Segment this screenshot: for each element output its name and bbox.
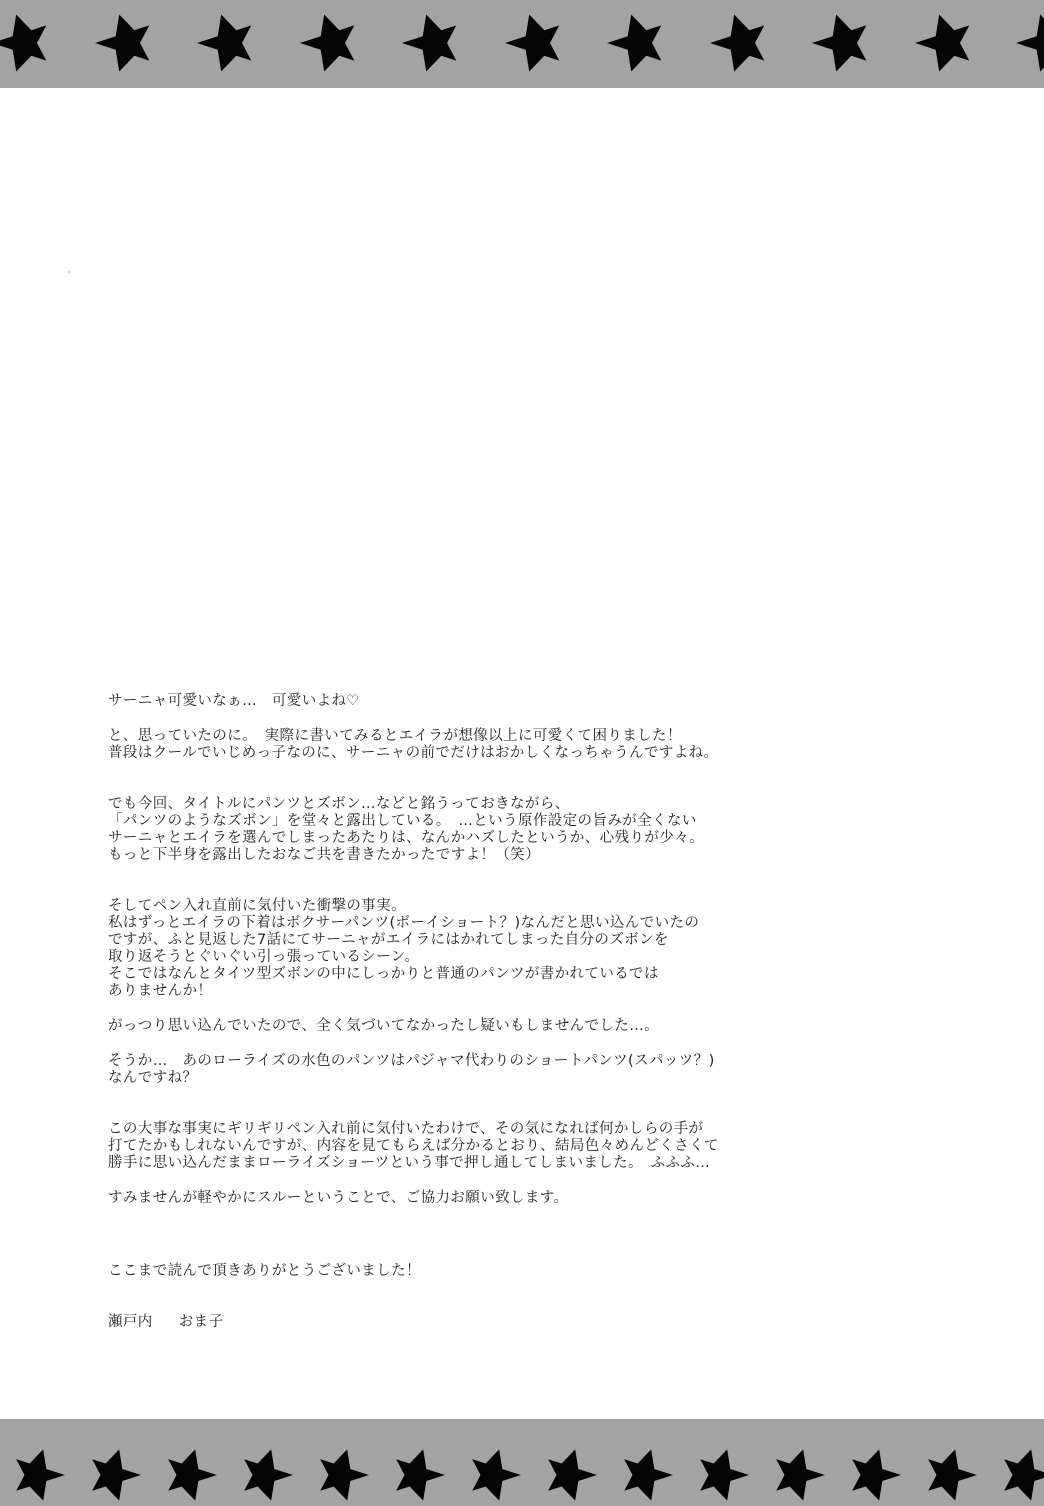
afterword-line: 普段はクールでいじめっ子なのに、サーニャの前でだけはおかしくなっちゃうんですよね…	[108, 745, 1008, 762]
afterword-line: 「パンツのようなズボン」を堂々と露出している。 …という原作設定の旨みが全くない	[108, 813, 1008, 830]
author-signature: 瀬戸内おま子	[108, 1314, 223, 1331]
afterword-text: サーニャ可愛いなぁ… 可愛いよね♡ と、思っていたのに。 実際に書いてみるとエイ…	[108, 693, 1008, 1280]
afterword-line: サーニャ可愛いなぁ… 可愛いよね♡	[108, 693, 1008, 710]
top-stars	[0, 0, 1044, 88]
afterword-line: ですが、ふと見返した7話にてサーニャがエイラにはかれてしまった自分のズボンを	[108, 932, 1008, 949]
afterword-line: と、思っていたのに。 実際に書いてみるとエイラが想像以上に可愛くて困りました！	[108, 728, 1008, 745]
author-given-name: おま子	[179, 1314, 224, 1330]
closing-thanks: ここまで読んで頂きありがとうございました！	[108, 1263, 1008, 1280]
scan-speck	[68, 271, 70, 273]
afterword-line: すみませんが軽やかにスルーということで、ご協力お願い致します。	[108, 1190, 1008, 1207]
afterword-line: サーニャとエイラを選んでしまったあたりは、なんかハズしたというか、心残りが少々。	[108, 830, 1008, 847]
afterword-line: 私はずっとエイラの下着はボクサーパンツ(ボーイショート？)なんだと思い込んでいた…	[108, 915, 1008, 932]
afterword-line: この大事な事実にギリギリペン入れ前に気付いたわけで、その気になれば何かしらの手が	[108, 1121, 1008, 1138]
afterword-line: 打てたかもしれないんですが、内容を見てもらえば分かるとおり、結局色々めんどくさく…	[108, 1138, 1008, 1155]
afterword-line: そうか… あのローライズの水色のパンツはパジャマ代わりのショートパンツ(スパッツ…	[108, 1053, 1008, 1070]
afterword-line: 勝手に思い込んだままローライズショーツという事で押し通してしまいました。 ふふふ…	[108, 1155, 1008, 1172]
star-pointing-left-icon	[0, 15, 1044, 72]
afterword-line: がっつり思い込んでいたので、全く気づいてなかったし疑いもしませんでした…。	[108, 1018, 1008, 1035]
afterword-line: そしてペン入れ直前に気付いた衝撃の事実。	[108, 898, 1008, 915]
bottom-star-border	[0, 1419, 1044, 1506]
afterword-line: そこではなんとタイツ型ズボンの中にしっかりと普通のパンツが書かれているでは	[108, 966, 1008, 983]
afterword-line: なんですね？	[108, 1070, 1008, 1087]
author-surname: 瀬戸内	[108, 1314, 153, 1330]
top-star-border	[0, 0, 1044, 88]
afterword-line: ありませんか！	[108, 983, 1008, 1000]
bottom-stars	[0, 1419, 1044, 1506]
afterword-line: もっと下半身を露出したおなご共を書きたかったですよ！（笑）	[108, 847, 1008, 864]
afterword-line: でも今回、タイトルにパンツとズボン…などと銘うっておきながら、	[108, 796, 1008, 813]
star-pointing-right-icon	[16, 1449, 1044, 1500]
afterword-line: 取り返そうとぐいぐい引っ張っているシーン。	[108, 949, 1008, 966]
